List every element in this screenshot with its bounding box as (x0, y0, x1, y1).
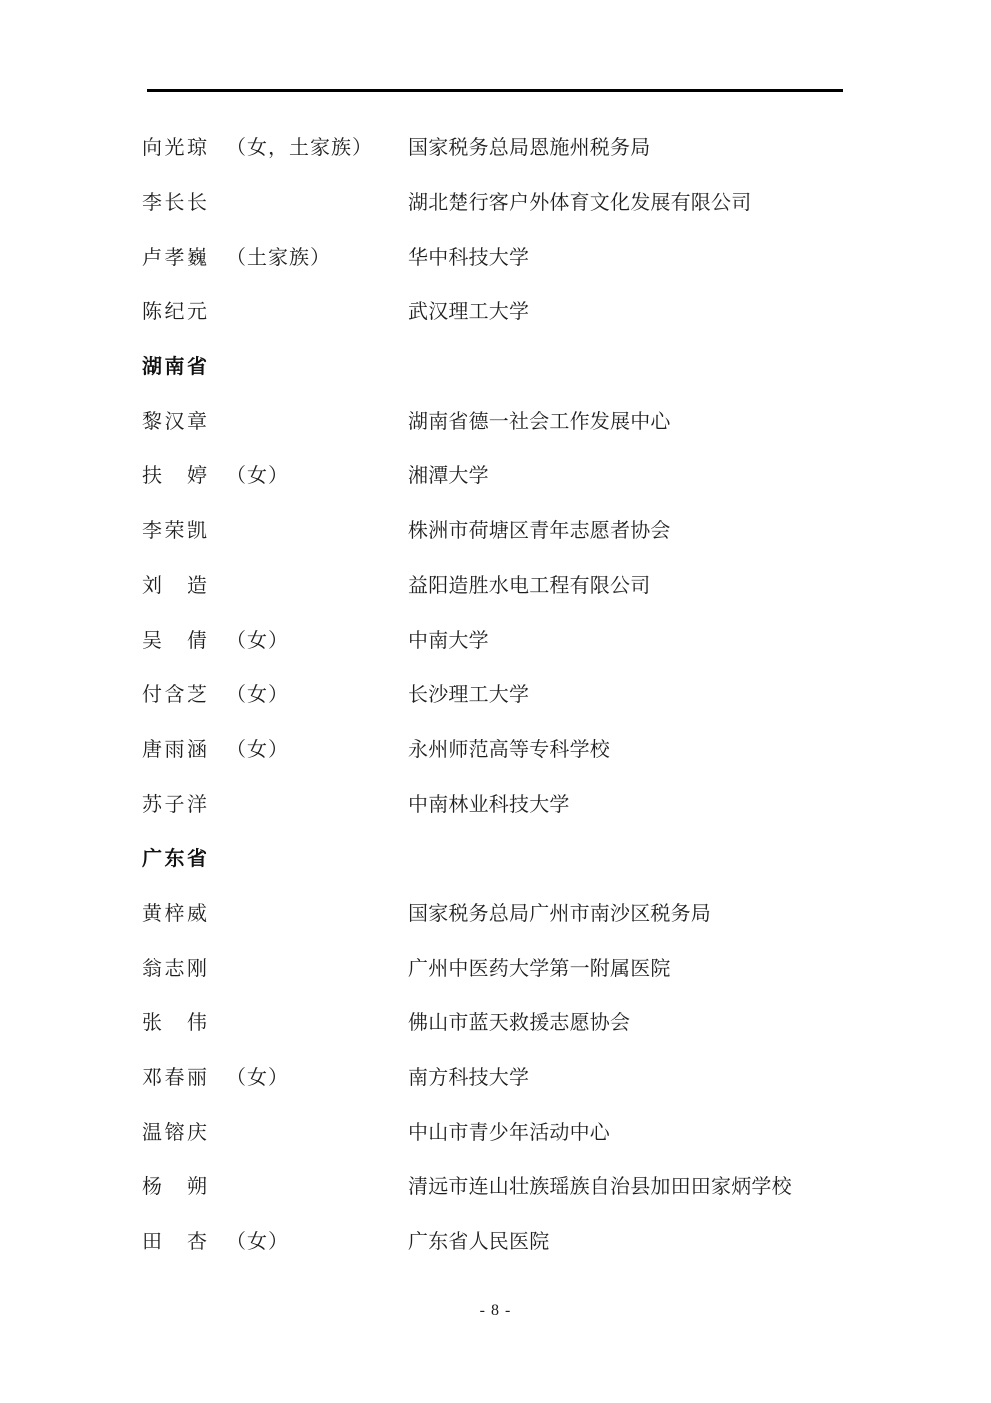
gender-ethnicity-note: （女） (226, 631, 408, 651)
person-name: 卢孝巍 (142, 248, 226, 268)
gender-ethnicity-note: （女） (226, 740, 408, 760)
person-name: 苏子洋 (142, 795, 226, 815)
gender-ethnicity-note: （女，土家族） (226, 138, 408, 158)
document-page: 向光琼 （女，土家族） 国家税务总局恩施州税务局 李长长 湖北楚行客户外体育文化… (0, 0, 991, 1403)
roster-row: 苏子洋 中南林业科技大学 (0, 777, 991, 832)
person-name: 扶 婷 (142, 466, 226, 486)
roster-row: 扶 婷 （女） 湘潭大学 (0, 449, 991, 504)
province-heading: 湖南省 (0, 340, 991, 395)
roster-row: 黄梓威 国家税务总局广州市南沙区税务局 (0, 887, 991, 942)
organization-name: 南方科技大学 (408, 1068, 529, 1088)
person-name: 温镕庆 (142, 1123, 226, 1143)
roster-row: 刘 造 益阳造胜水电工程有限公司 (0, 559, 991, 614)
roster-row: 吴 倩 （女） 中南大学 (0, 613, 991, 668)
person-name: 陈纪元 (142, 302, 226, 322)
roster-row: 向光琼 （女，土家族） 国家税务总局恩施州税务局 (0, 121, 991, 176)
province-heading: 广东省 (0, 832, 991, 887)
organization-name: 华中科技大学 (408, 248, 529, 268)
person-name: 田 杏 (142, 1232, 226, 1252)
organization-name: 广东省人民医院 (408, 1232, 549, 1252)
header-rule (147, 89, 843, 92)
organization-name: 中南大学 (408, 631, 489, 651)
organization-name: 佛山市蓝天救援志愿协会 (408, 1013, 630, 1033)
person-name: 向光琼 (142, 138, 226, 158)
roster-row: 邓春丽 （女） 南方科技大学 (0, 1051, 991, 1106)
person-name: 刘 造 (142, 576, 226, 596)
organization-name: 国家税务总局广州市南沙区税务局 (408, 904, 711, 924)
organization-name: 湖北楚行客户外体育文化发展有限公司 (408, 193, 751, 213)
organization-name: 武汉理工大学 (408, 302, 529, 322)
person-name: 李长长 (142, 193, 226, 213)
roster-row: 李长长 湖北楚行客户外体育文化发展有限公司 (0, 176, 991, 231)
person-name: 黎汉章 (142, 412, 226, 432)
roster-row: 田 杏 （女） 广东省人民医院 (0, 1215, 991, 1270)
gender-ethnicity-note: （女） (226, 1068, 408, 1088)
organization-name: 中南林业科技大学 (408, 795, 570, 815)
organization-name: 清远市连山壮族瑶族自治县加田田家炳学校 (408, 1177, 792, 1197)
organization-name: 株洲市荷塘区青年志愿者协会 (408, 521, 671, 541)
gender-ethnicity-note: （女） (226, 685, 408, 705)
page-number: - 8 - (0, 1302, 991, 1320)
gender-ethnicity-note: （土家族） (226, 248, 408, 268)
roster-row: 卢孝巍 （土家族） 华中科技大学 (0, 230, 991, 285)
organization-name: 益阳造胜水电工程有限公司 (408, 576, 650, 596)
province-heading-label: 广东省 (142, 849, 210, 869)
organization-name: 湖南省德一社会工作发展中心 (408, 412, 671, 432)
gender-ethnicity-note: （女） (226, 1232, 408, 1252)
roster-list: 向光琼 （女，土家族） 国家税务总局恩施州税务局 李长长 湖北楚行客户外体育文化… (0, 121, 991, 1269)
roster-row: 黎汉章 湖南省德一社会工作发展中心 (0, 394, 991, 449)
roster-row: 张 伟 佛山市蓝天救援志愿协会 (0, 996, 991, 1051)
organization-name: 中山市青少年活动中心 (408, 1123, 610, 1143)
organization-name: 长沙理工大学 (408, 685, 529, 705)
person-name: 张 伟 (142, 1013, 226, 1033)
organization-name: 国家税务总局恩施州税务局 (408, 138, 650, 158)
roster-row: 李荣凯 株洲市荷塘区青年志愿者协会 (0, 504, 991, 559)
roster-row: 唐雨涵 （女） 永州师范高等专科学校 (0, 723, 991, 778)
person-name: 杨 朔 (142, 1177, 226, 1197)
gender-ethnicity-note: （女） (226, 466, 408, 486)
organization-name: 永州师范高等专科学校 (408, 740, 610, 760)
person-name: 吴 倩 (142, 631, 226, 651)
roster-row: 陈纪元 武汉理工大学 (0, 285, 991, 340)
person-name: 黄梓威 (142, 904, 226, 924)
person-name: 付含芝 (142, 685, 226, 705)
person-name: 李荣凯 (142, 521, 226, 541)
roster-row: 温镕庆 中山市青少年活动中心 (0, 1105, 991, 1160)
roster-row: 杨 朔 清远市连山壮族瑶族自治县加田田家炳学校 (0, 1160, 991, 1215)
roster-row: 翁志刚 广州中医药大学第一附属医院 (0, 941, 991, 996)
organization-name: 湘潭大学 (408, 466, 489, 486)
province-heading-label: 湖南省 (142, 357, 210, 377)
person-name: 唐雨涵 (142, 740, 226, 760)
roster-row: 付含芝 （女） 长沙理工大学 (0, 668, 991, 723)
organization-name: 广州中医药大学第一附属医院 (408, 959, 671, 979)
person-name: 邓春丽 (142, 1068, 226, 1088)
person-name: 翁志刚 (142, 959, 226, 979)
